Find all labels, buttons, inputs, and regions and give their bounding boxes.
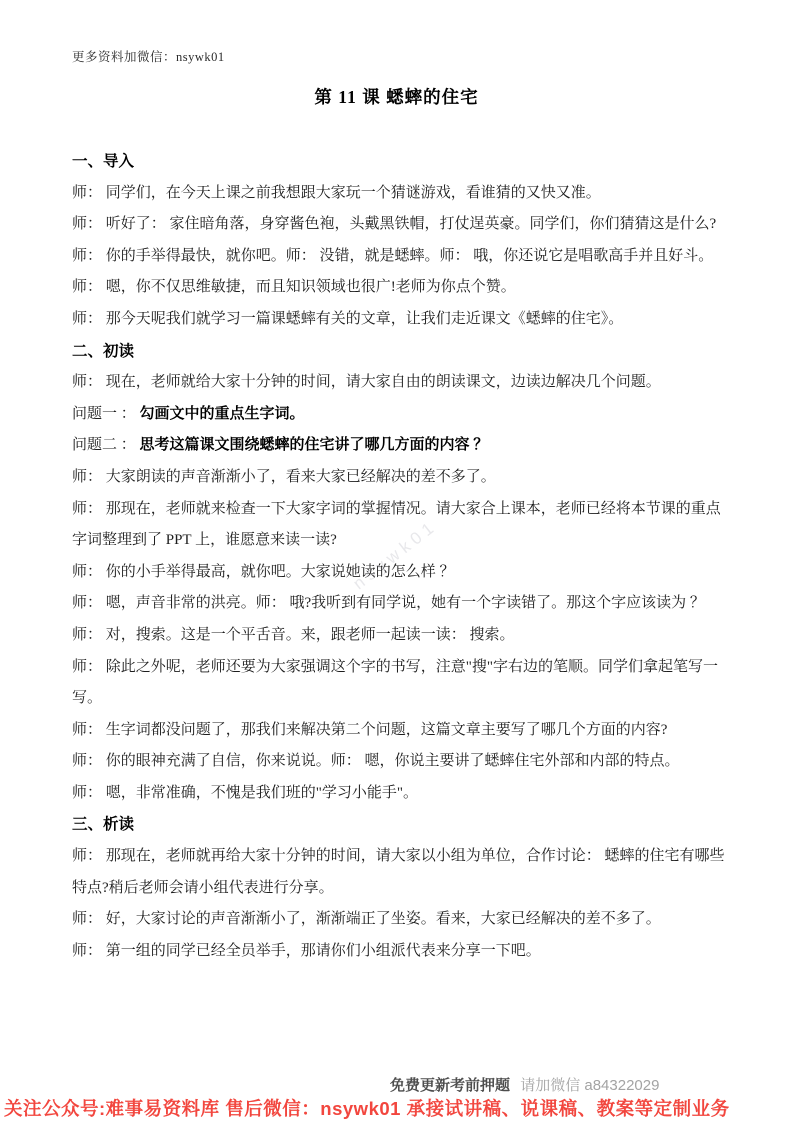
section-heading: 二、初读 <box>72 336 728 368</box>
question-text: 勾画文中的重点生字词。 <box>140 406 305 422</box>
dialogue-line: 师： 生字词都没问题了，那我们来解决第二个问题，这篇文章主要写了哪几个方面的内容… <box>72 715 728 747</box>
dialogue-line: 师： 嗯，非常准确，不愧是我们班的"学习小能手"。 <box>72 778 728 810</box>
dialogue-line: 师： 你的眼神充满了自信，你来说说。师： 嗯，你说主要讲了蟋蟀住宅外部和内部的特… <box>72 746 728 778</box>
question-line: 问题一 ： 勾画文中的重点生字词。 <box>72 399 728 431</box>
dialogue-line: 师： 你的手举得最快，就你吧。师： 没错，就是蟋蟀。师： 哦，你还说它是唱歌高手… <box>72 241 728 273</box>
lesson-title: 第 11 课 蟋蟀的住宅 <box>0 84 793 109</box>
question-line: 问题二 ： 思考这篇课文围绕蟋蟀的住宅讲了哪几方面的内容 ？ <box>72 430 728 462</box>
footer-update-note: 免费更新考前押题 请加微信 a84322029 <box>390 1074 659 1095</box>
dialogue-line: 师： 好，大家讨论的声音渐渐小了，渐渐端正了坐姿。看来，大家已经解决的差不多了。 <box>72 904 728 936</box>
dialogue-line: 师： 听好了： 家住暗角落，身穿酱色袍，头戴黑铁帽，打仗逞英豪。同学们，你们猜猜… <box>72 209 728 241</box>
question-label: 问题二 ： <box>72 437 140 453</box>
dialogue-line: 师： 嗯，声音非常的洪亮。师： 哦?我听到有同学说，她有一个字读错了。那这个字应… <box>72 588 728 620</box>
header-wechat-note: 更多资料加微信：nsywk01 <box>72 47 225 65</box>
dialogue-line: 师： 那现在，老师就来检查一下大家字词的掌握情况。请大家合上课本，老师已经将本节… <box>72 494 728 557</box>
document-body: 一、导入师： 同学们，在今天上课之前我想跟大家玩一个猜谜游戏，看谁猜的又快又准。… <box>72 146 728 967</box>
dialogue-line: 师： 嗯，你不仅思维敏捷，而且知识领域也很广!老师为你点个赞。 <box>72 272 728 304</box>
dialogue-line: 师： 同学们，在今天上课之前我想跟大家玩一个猜谜游戏，看谁猜的又快又准。 <box>72 178 728 210</box>
section-heading: 三、析读 <box>72 809 728 841</box>
footer-update-note-light: 请加微信 a84322029 <box>520 1077 659 1094</box>
dialogue-line: 师： 现在，老师就给大家十分钟的时间，请大家自由的朗读课文，边读边解决几个问题。 <box>72 367 728 399</box>
document-page: 更多资料加微信：nsywk01 第 11 课 蟋蟀的住宅 一、导入师： 同学们，… <box>0 0 793 1122</box>
dialogue-line: 师： 除此之外呢，老师还要为大家强调这个字的书写，注意"搜"字右边的笔顺。同学们… <box>72 652 728 715</box>
dialogue-line: 师： 第一组的同学已经全员举手，那请你们小组派代表来分享一下吧。 <box>72 936 728 968</box>
dialogue-line: 师： 大家朗读的声音渐渐小了，看来大家已经解决的差不多了。 <box>72 462 728 494</box>
footer-contact-banner: 关注公众号:难事易资料库 售后微信：nsywk01 承接试讲稿、说课稿、教案等定… <box>4 1095 730 1121</box>
dialogue-line: 师： 你的小手举得最高，就你吧。大家说她读的怎么样 ？ <box>72 557 728 589</box>
footer-update-note-bold: 免费更新考前押题 <box>390 1077 510 1094</box>
dialogue-line: 师： 对，搜索。这是一个平舌音。来，跟老师一起读一读： 搜索。 <box>72 620 728 652</box>
question-label: 问题一 ： <box>72 406 140 422</box>
dialogue-line: 师： 那现在，老师就再给大家十分钟的时间，请大家以小组为单位，合作讨论： 蟋蟀的… <box>72 841 728 904</box>
question-text: 思考这篇课文围绕蟋蟀的住宅讲了哪几方面的内容 ？ <box>140 437 489 453</box>
section-heading: 一、导入 <box>72 146 728 178</box>
dialogue-line: 师： 那今天呢我们就学习一篇课蟋蟀有关的文章，让我们走近课文《蟋蟀的住宅》。 <box>72 304 728 336</box>
